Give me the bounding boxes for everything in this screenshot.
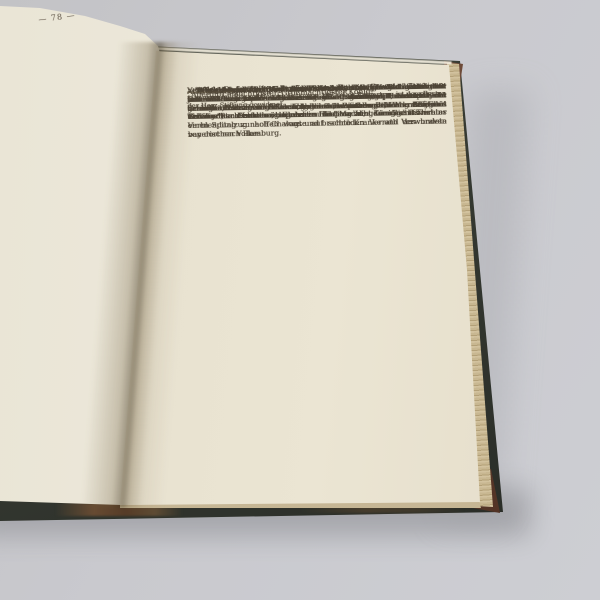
right-page-footnote: *) Vgl. „Dr. Jacob Herz. Zur Erinnerung …: [187, 82, 446, 110]
photo-open-book: — 78 — sten Tagen nach Heinecke's Abreis…: [0, 0, 600, 600]
